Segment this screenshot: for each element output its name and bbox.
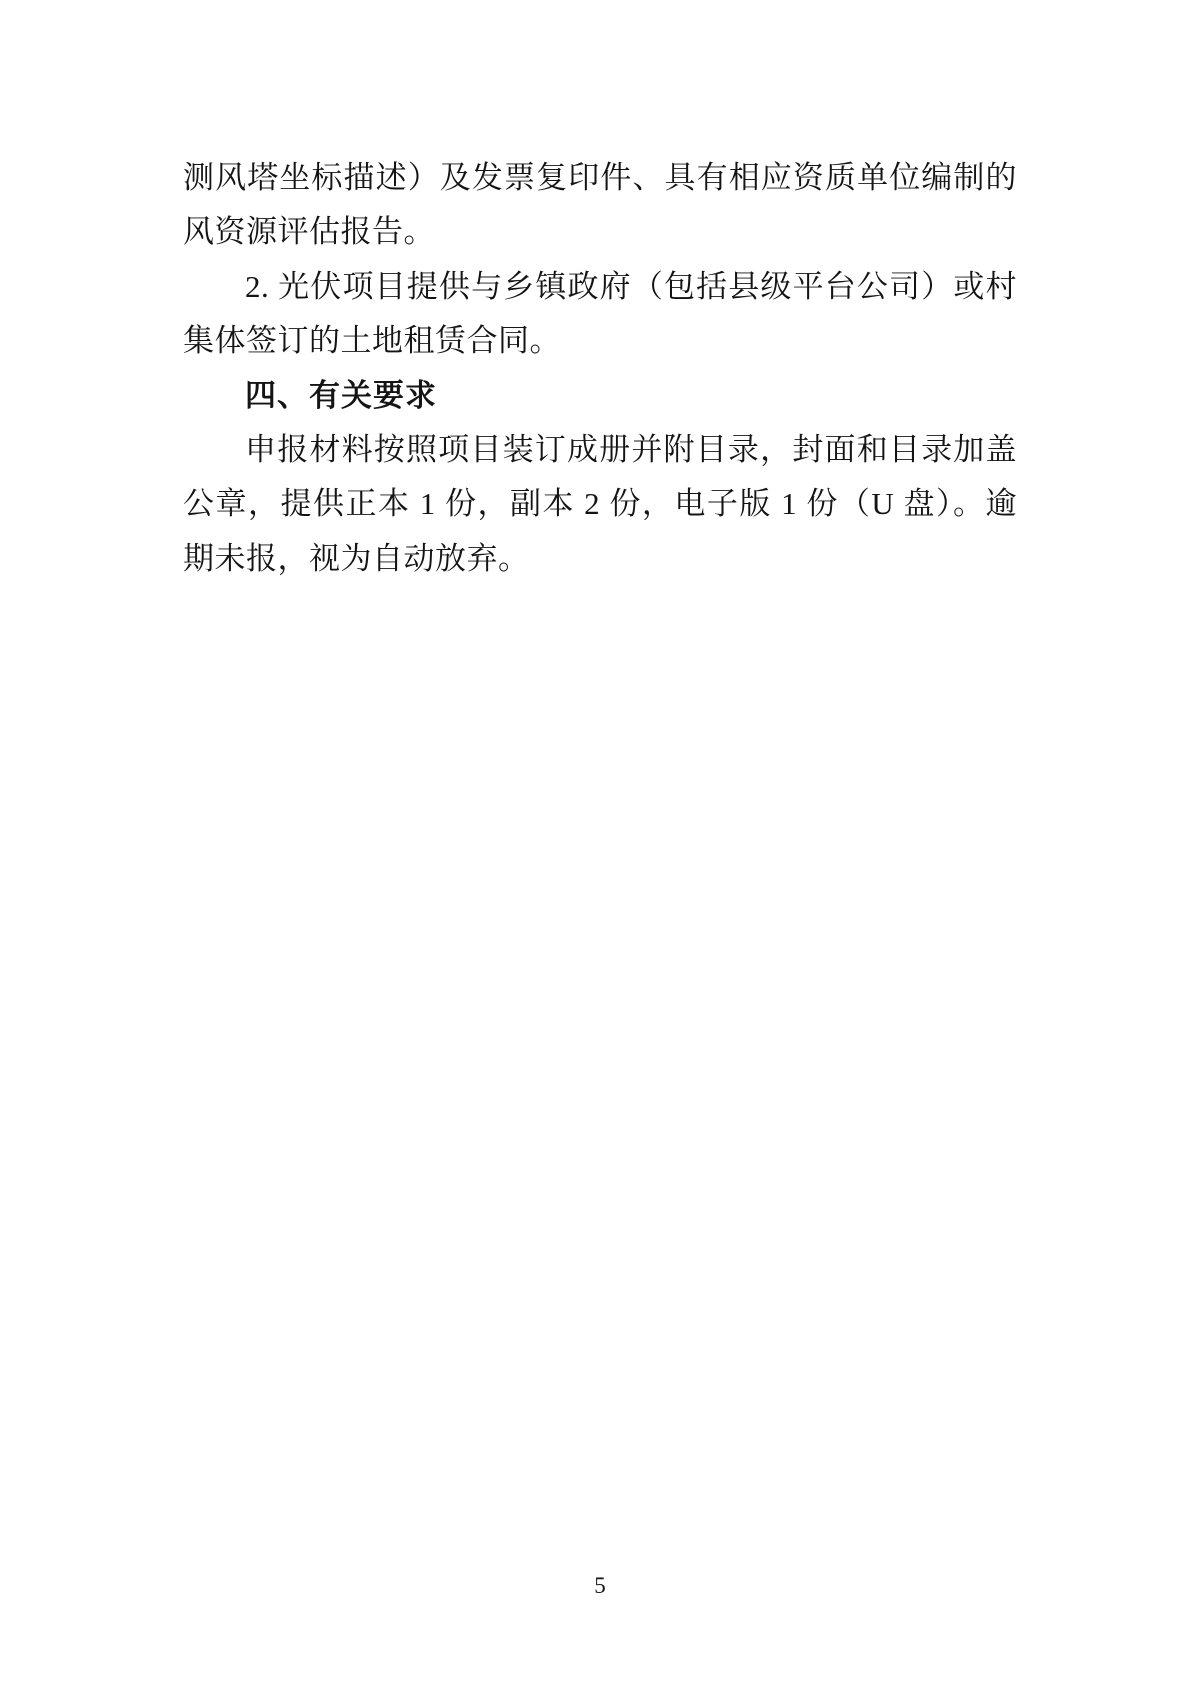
body-line: 测风塔坐标描述）及发票复印件、具有相应资质单位编制的 — [183, 151, 1017, 205]
body-line-numbered-item: 2. 光伏项目提供与乡镇政府（包括县级平台公司）或村 — [183, 260, 1017, 314]
body-line: 公章，提供正本 1 份，副本 2 份，电子版 1 份（U 盘）。逾 — [183, 477, 1017, 531]
body-line: 申报材料按照项目装订成册并附目录，封面和目录加盖 — [183, 423, 1017, 477]
body-line: 风资源评估报告。 — [183, 205, 1017, 259]
body-line: 期未报，视为自动放弃。 — [183, 532, 1017, 586]
body-line: 集体签订的土地租赁合同。 — [183, 314, 1017, 368]
page-number: 5 — [0, 1572, 1200, 1600]
document-page: 测风塔坐标描述）及发票复印件、具有相应资质单位编制的 风资源评估报告。 2. 光… — [0, 0, 1200, 1697]
document-body: 测风塔坐标描述）及发票复印件、具有相应资质单位编制的 风资源评估报告。 2. 光… — [183, 151, 1017, 586]
section-heading: 四、有关要求 — [183, 369, 1017, 423]
